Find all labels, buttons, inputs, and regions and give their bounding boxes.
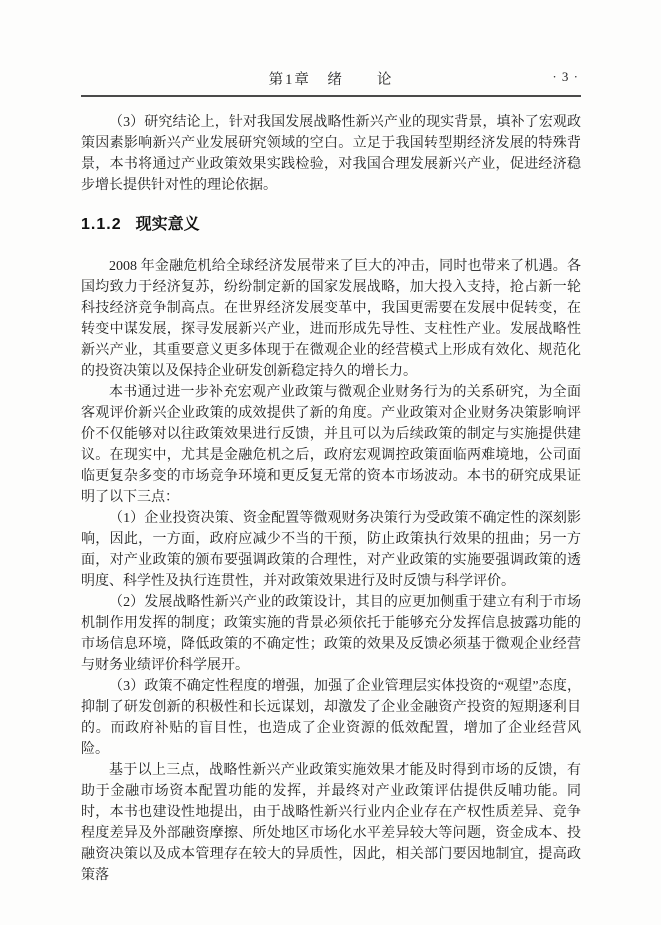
body-paragraph: 2008 年金融危机给全球经济发展带来了巨大的冲击，同时也带来了机遇。各国均致力… bbox=[81, 256, 581, 382]
body-paragraph: 本书通过进一步补充宏观产业政策与微观企业财务行为的关系研究，为全面客观评价新兴企… bbox=[81, 382, 581, 508]
section-number: 1.1.2 bbox=[81, 216, 122, 233]
section-title: 现实意义 bbox=[136, 216, 200, 233]
body-paragraph: 基于以上三点，战略性新兴产业政策实施效果才能及时得到市场的反馈，有助于金融市场资… bbox=[81, 760, 581, 886]
body-paragraph: （1）企业投资决策、资金配置等微观财务决策行为受政策不确定性的深刻影响，因此，一… bbox=[81, 508, 581, 592]
section-heading: 1.1.2现实意义 bbox=[81, 215, 581, 235]
chapter-title: 第1章 绪 论 bbox=[81, 68, 581, 89]
body-paragraph: （3）政策不确定性程度的增强，加强了企业管理层实体投资的“观望”态度，抑制了研发… bbox=[81, 676, 581, 760]
running-header: 第1章 绪 论 · 3 · bbox=[81, 66, 581, 97]
intro-paragraph: （3）研究结论上，针对我国发展战略性新兴产业的现实背景，填补了宏观政策因素影响新… bbox=[81, 112, 581, 196]
page-number: · 3 · bbox=[552, 69, 579, 85]
content-area: （3）研究结论上，针对我国发展战略性新兴产业的现实背景，填补了宏观政策因素影响新… bbox=[81, 112, 581, 886]
book-page: 第1章 绪 论 · 3 · （3）研究结论上，针对我国发展战略性新兴产业的现实背… bbox=[0, 0, 661, 925]
body-paragraph: （2）发展战略性新兴产业的政策设计，其目的应更加侧重于建立有利于市场机制作用发挥… bbox=[81, 592, 581, 676]
